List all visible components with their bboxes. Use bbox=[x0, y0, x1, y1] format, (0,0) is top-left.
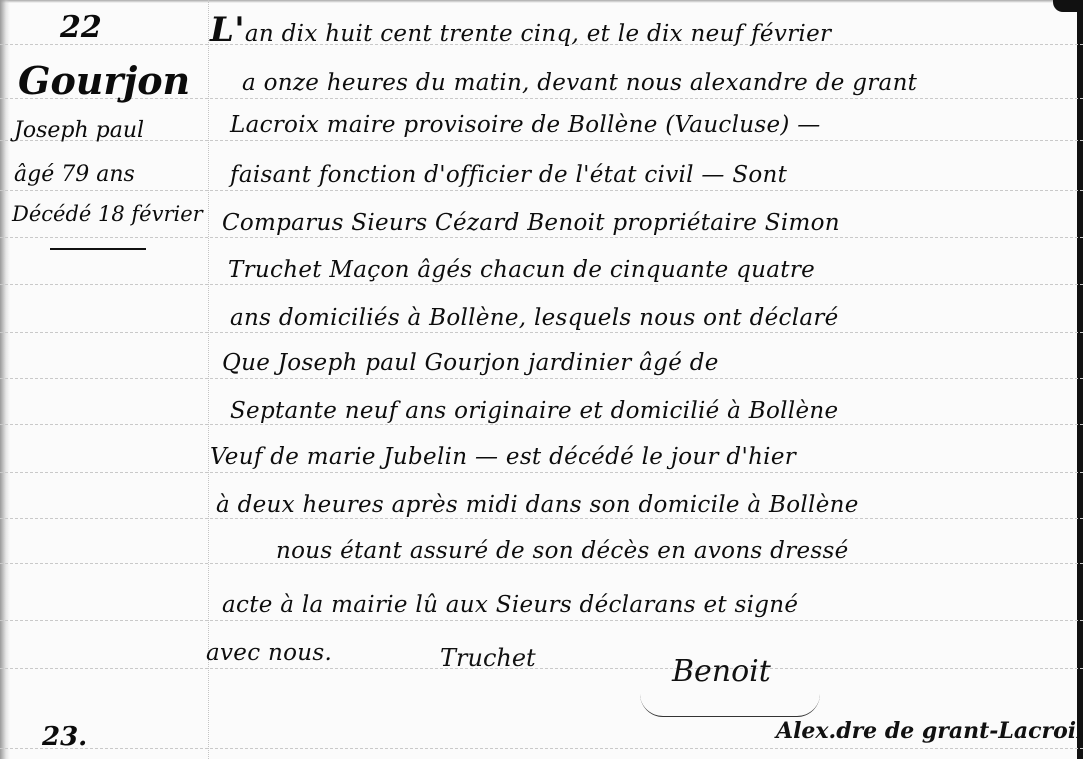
act-line-3: Lacroix maire provisoire de Bollène (Vau… bbox=[230, 112, 821, 138]
deceased-given-names: Joseph paul bbox=[14, 118, 144, 143]
act-line-5: Comparus Sieurs Cézard Benoit propriétai… bbox=[222, 210, 840, 236]
act-line-11: à deux heures après midi dans son domici… bbox=[216, 492, 859, 518]
signature-truchet: Truchet bbox=[440, 644, 536, 672]
act-body: L'an dix huit cent trente cinq, et le di… bbox=[200, 0, 1060, 759]
next-entry-number: 23. bbox=[42, 722, 87, 752]
act-line-10: Veuf de marie Jubelin — est décédé le jo… bbox=[210, 444, 796, 470]
deceased-surname: Gourjon bbox=[18, 58, 190, 103]
death-date-note: Décédé 18 février bbox=[12, 202, 203, 226]
act-line-6: Truchet Maçon âgés chacun de cinquante q… bbox=[228, 257, 815, 283]
act-line-13: acte à la mairie lû aux Sieurs déclarans… bbox=[222, 592, 798, 618]
act-line-14: avec nous. bbox=[206, 640, 332, 666]
act-line-2: a onze heures du matin, devant nous alex… bbox=[242, 70, 917, 96]
signature-flourish bbox=[640, 694, 820, 717]
act-line-9: Septante neuf ans originaire et domicili… bbox=[230, 398, 838, 424]
deceased-age: âgé 79 ans bbox=[14, 162, 135, 187]
act-line-1: L'an dix huit cent trente cinq, et le di… bbox=[210, 10, 831, 50]
margin-underline bbox=[50, 248, 146, 250]
signature-benoit: Benoit bbox=[672, 654, 771, 689]
margin-column: 22 Gourjon Joseph paul âgé 79 ans Décédé… bbox=[0, 0, 205, 759]
scan-edge-right bbox=[1077, 0, 1083, 759]
act-line-12: nous étant assuré de son décès en avons … bbox=[276, 538, 849, 564]
entry-number: 22 bbox=[60, 10, 102, 45]
act-line-7: ans domiciliés à Bollène, lesquels nous … bbox=[230, 305, 839, 331]
register-page: 22 Gourjon Joseph paul âgé 79 ans Décédé… bbox=[0, 0, 1083, 759]
act-line-8: Que Joseph paul Gourjon jardinier âgé de bbox=[222, 350, 719, 376]
signature-mayor: Alex.dre de grant-Lacroix bbox=[776, 718, 1083, 744]
act-line-4: faisant fonction d'officier de l'état ci… bbox=[230, 162, 787, 188]
